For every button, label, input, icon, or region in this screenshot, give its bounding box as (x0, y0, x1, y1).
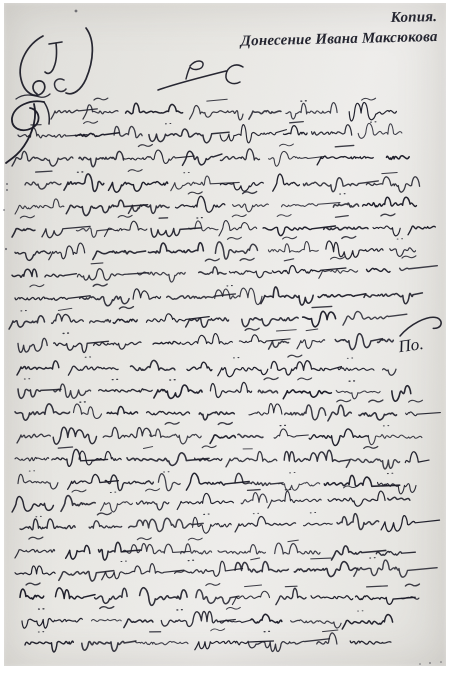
speck (5, 248, 7, 250)
speck (6, 189, 8, 191)
margin-note-text: По. (396, 334, 424, 356)
speck (6, 183, 8, 185)
speck (419, 663, 421, 665)
manuscript-photo: Копия. Донесение Ивана Максюкова По. (0, 0, 450, 673)
ink-superscript (285, 586, 297, 587)
speck (75, 10, 78, 13)
speck (440, 661, 442, 663)
speck (3, 209, 5, 211)
ink-superscript (311, 558, 331, 559)
speck (429, 662, 431, 664)
handwriting-svg: По. (0, 0, 450, 673)
ink-superscript (247, 490, 260, 491)
